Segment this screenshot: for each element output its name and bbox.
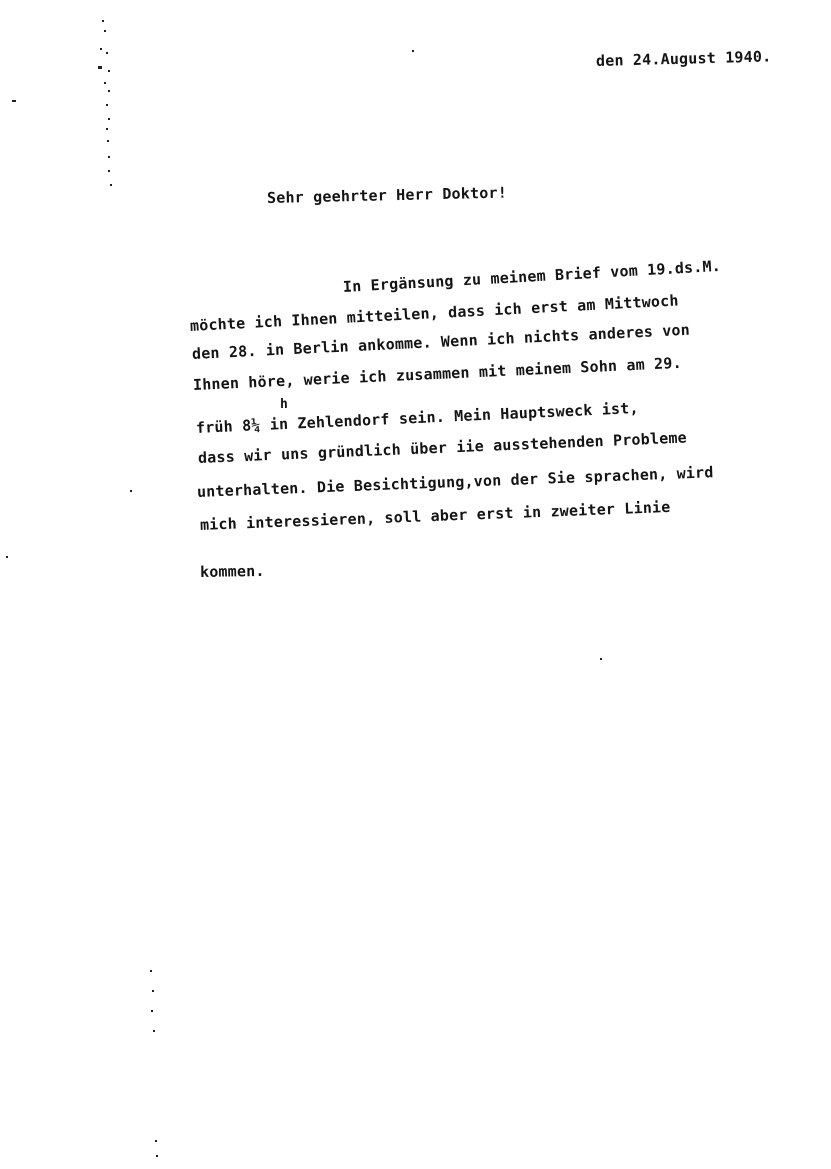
- body-line: In Ergänsung zu meinem Brief vom 19.ds.M…: [342, 257, 721, 296]
- letter-salutation: Sehr geehrter Herr Doktor!: [267, 184, 507, 207]
- body-line: früh 8¼ in Zehlendorf sein. Mein Hauptsw…: [196, 399, 639, 437]
- body-line: mich interessieren, soll aber erst in zw…: [200, 498, 671, 534]
- body-line: kommen.: [200, 562, 265, 581]
- time-superscript: h: [280, 397, 288, 412]
- letter-page: den 24.August 1940. Sehr geehrter Herr D…: [0, 0, 831, 1169]
- body-line: unterhalten. Die Besichtigung,von der Si…: [197, 463, 714, 501]
- letter-date: den 24.August 1940.: [596, 47, 772, 70]
- body-line: dass wir uns gründlich über iie ausstehe…: [198, 429, 688, 467]
- body-line: Ihnen höre, werie ich zusammen mit meine…: [193, 354, 683, 394]
